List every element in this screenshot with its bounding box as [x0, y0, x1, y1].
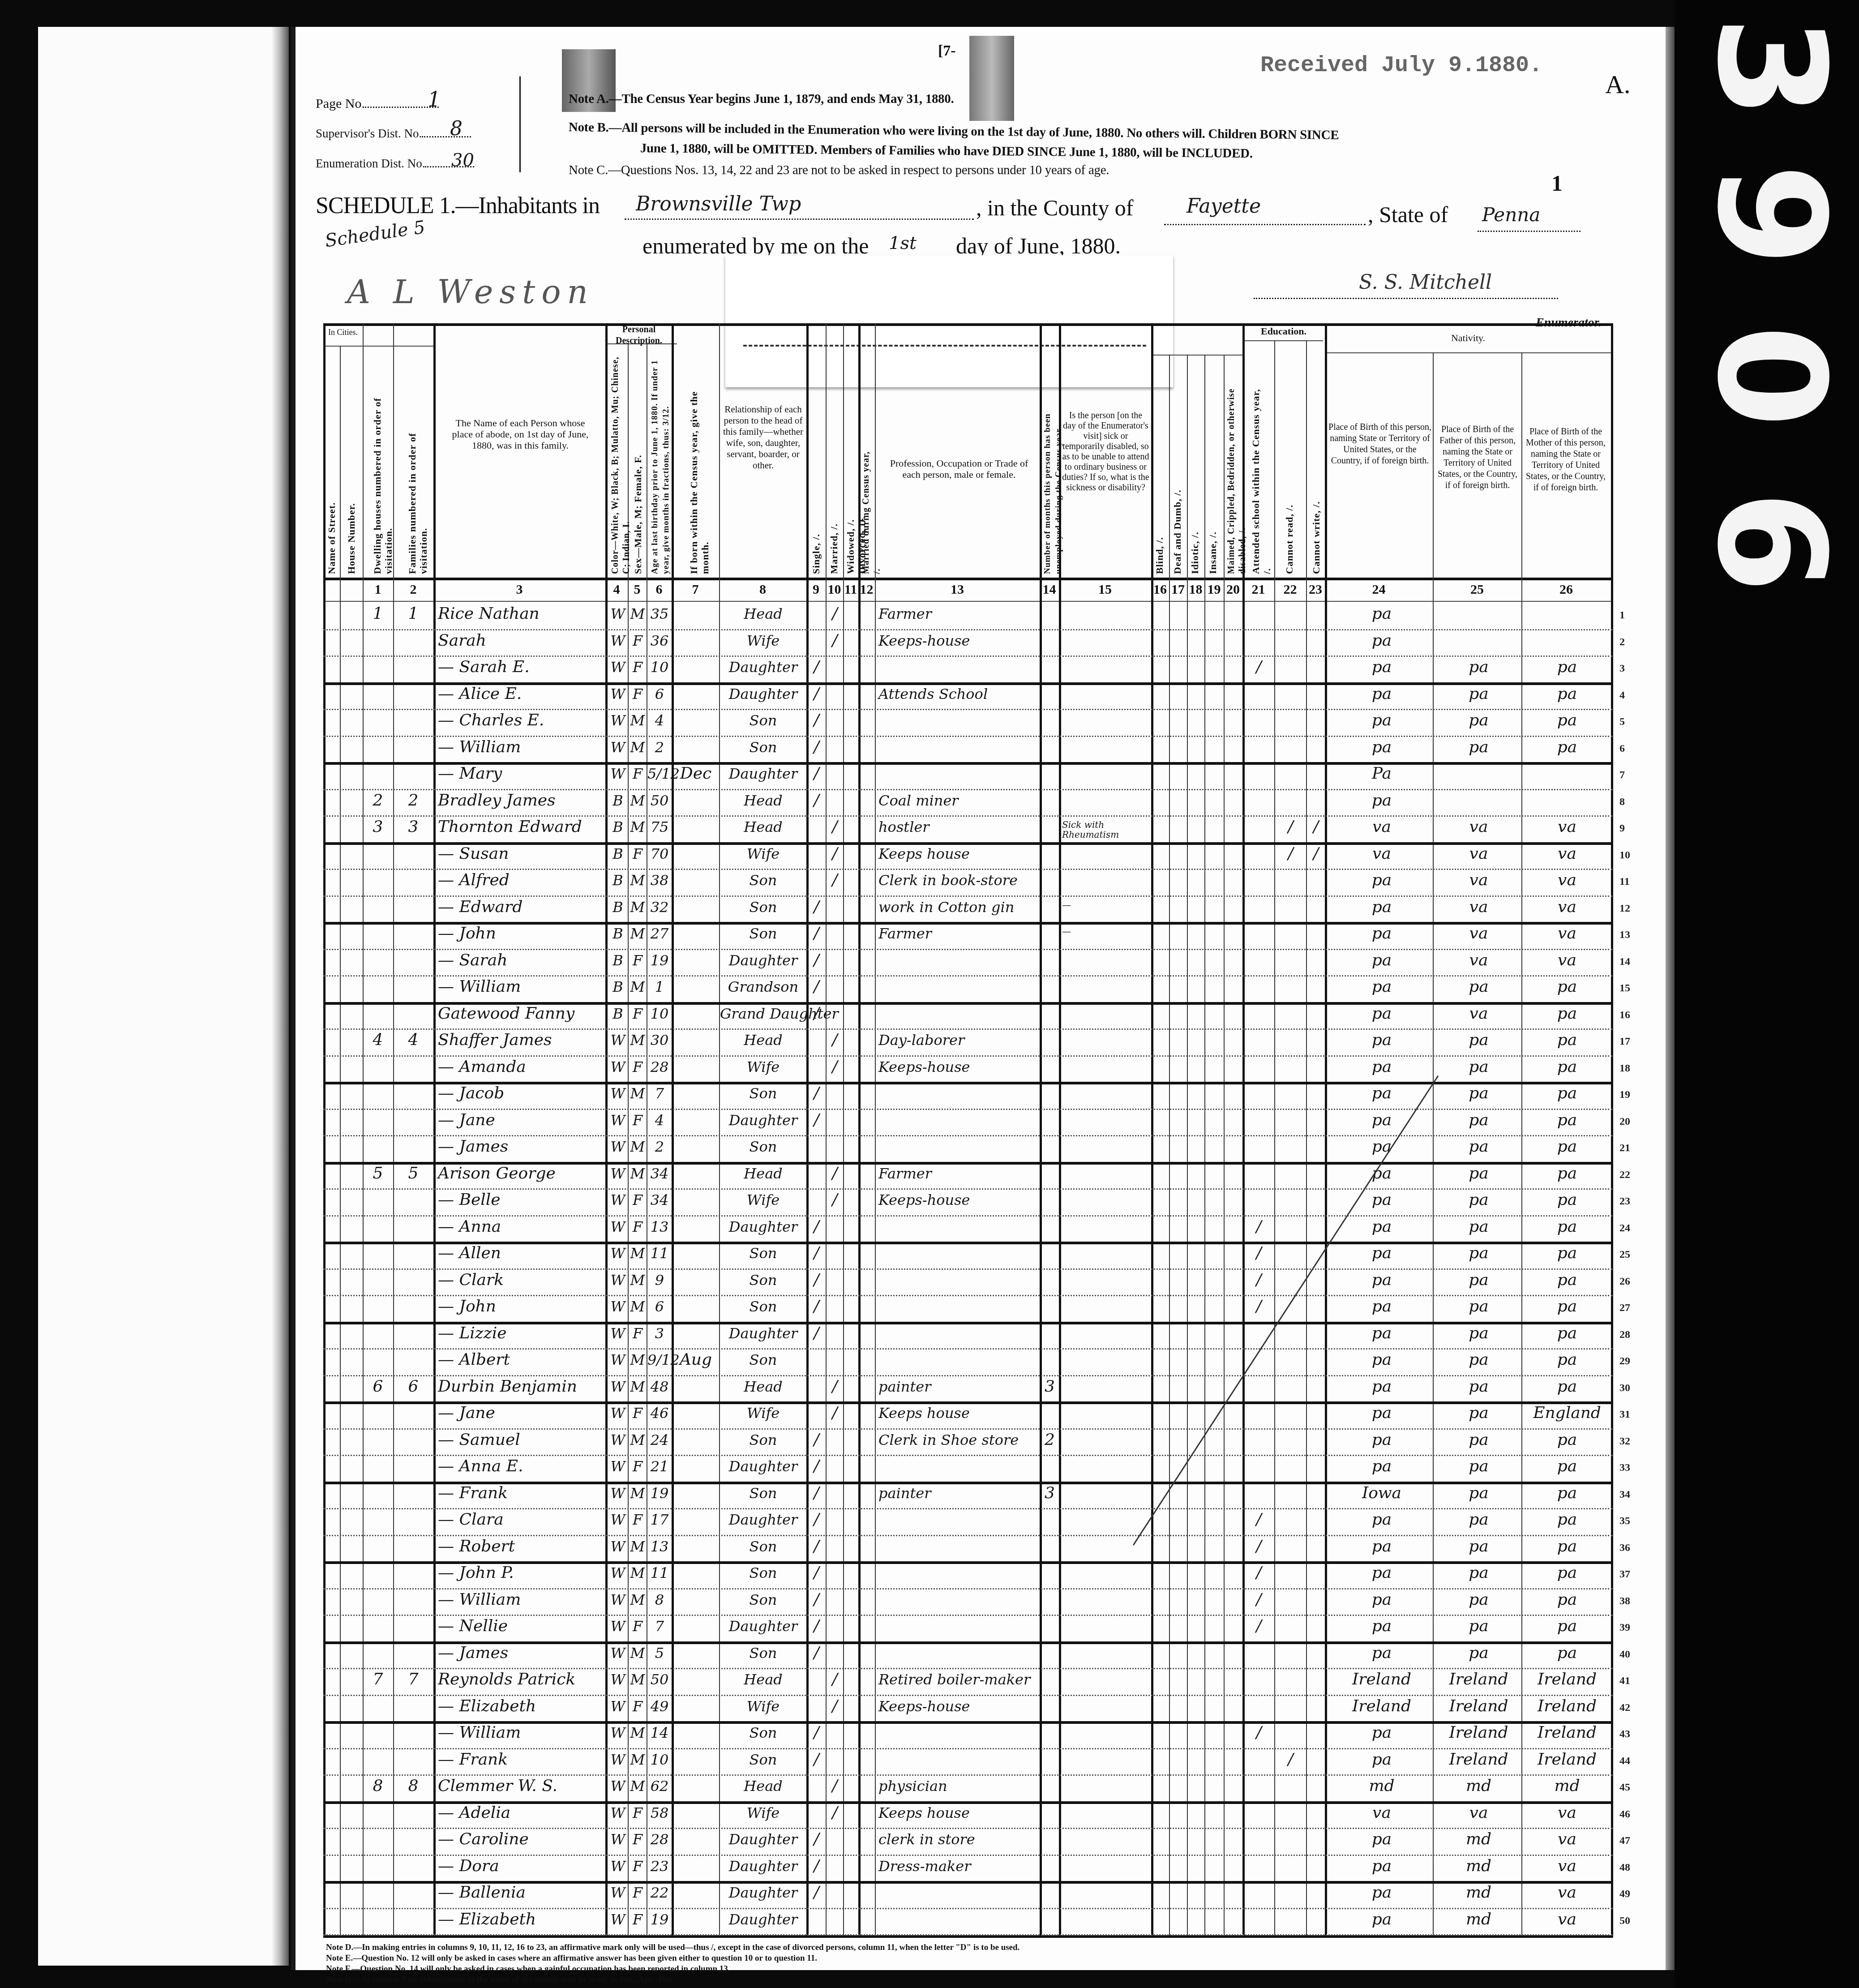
table-row: — LizzieWF3Daughter/papapa28: [323, 1323, 1613, 1350]
married-mark: /: [827, 1027, 843, 1054]
father-birthplace: pa: [1436, 1293, 1521, 1320]
single-mark: /: [807, 947, 826, 974]
person-name: — Ballenia: [438, 1879, 604, 1906]
col-idiotic: Idiotic, /.: [1189, 507, 1203, 574]
person-name: — Sarah E.: [438, 654, 604, 681]
mother-birthplace: pa: [1523, 1480, 1611, 1507]
line-number: 4: [1619, 690, 1625, 702]
age: 34: [647, 1187, 672, 1213]
line-number: 42: [1619, 1702, 1630, 1714]
color: W: [608, 1107, 628, 1134]
color: B: [608, 867, 628, 894]
sex: F: [629, 681, 647, 707]
line-number: 19: [1619, 1089, 1630, 1101]
mother-birthplace: pa: [1523, 1320, 1611, 1347]
form-code: [7-: [938, 43, 956, 60]
father-birthplace: md: [1436, 1906, 1521, 1933]
mother-birthplace: pa: [1523, 1640, 1611, 1667]
birthplace: pa: [1331, 920, 1433, 947]
table-row: — JamesWM2Sonpapapa21: [323, 1136, 1613, 1163]
mother-birthplace: va: [1523, 840, 1611, 867]
table-row: — AmandaWF28Wife/Keeps-housepapapa18: [323, 1056, 1613, 1083]
age: 11: [647, 1560, 672, 1586]
father-birthplace: pa: [1436, 1400, 1521, 1427]
line-number: 47: [1619, 1835, 1630, 1847]
birthplace: pa: [1331, 894, 1433, 921]
line-number: 13: [1619, 929, 1630, 941]
mother-birthplace: pa: [1523, 1453, 1611, 1480]
relationship: Wife: [720, 627, 806, 654]
table-row: — WilliamWM14Son//paIrelandIreland43: [323, 1722, 1613, 1749]
note-f: Note F.—Question No. 14 will only be ask…: [326, 1964, 1019, 1975]
cannot-read-mark: /: [1275, 1746, 1306, 1773]
col-family: Families numbered in order of visitation…: [407, 390, 420, 574]
table-row: — RobertWM13Son//papapa36: [323, 1536, 1613, 1563]
relationship: Son: [720, 734, 806, 761]
birthplace: pa: [1331, 1080, 1433, 1107]
mother-birthplace: pa: [1523, 1427, 1611, 1453]
table-row: 77Reynolds PatrickWM50Head/Retired boile…: [323, 1669, 1613, 1696]
line-number: 48: [1619, 1862, 1630, 1874]
mother-birthplace: pa: [1523, 1293, 1611, 1320]
sex: M: [629, 920, 647, 947]
color: W: [608, 1613, 628, 1640]
married-mark: /: [827, 1693, 843, 1720]
attended-school-mark: /: [1243, 654, 1274, 681]
color: B: [608, 1000, 628, 1027]
film-digit: 6: [1704, 486, 1838, 598]
cannot-read-mark: /: [1275, 814, 1306, 840]
line-number: 37: [1619, 1568, 1630, 1581]
father-birthplace: pa: [1436, 1453, 1521, 1480]
sex: F: [629, 1107, 647, 1134]
col-months-unemployed: Number of months this person has been un…: [1042, 408, 1058, 574]
page-no-label: Page No.: [316, 96, 439, 111]
occupation: Keeps-house: [878, 1054, 1040, 1080]
note-c: Note C.—Questions Nos. 13, 14, 22 and 23…: [569, 163, 1109, 178]
table-row: — FrankWM19Son/painter3Iowapapa34: [323, 1482, 1613, 1509]
birthplace: pa: [1331, 1187, 1433, 1213]
person-name: Arison George: [438, 1160, 604, 1187]
birthplace: pa: [1331, 1293, 1433, 1320]
birthplace: pa: [1331, 1160, 1433, 1187]
sex: M: [629, 600, 647, 627]
relationship: Daughter: [720, 1826, 806, 1853]
table-row: — BalleniaWF22Daughter/pamdva49: [323, 1882, 1613, 1909]
age: 4: [647, 1107, 672, 1134]
received-stamp: Received July 9.1880.: [1260, 53, 1542, 78]
color: B: [608, 787, 628, 814]
occupation: painter: [878, 1373, 1040, 1400]
sex: M: [629, 1719, 647, 1746]
mother-birthplace: va: [1523, 1853, 1611, 1880]
married-mark: /: [827, 627, 843, 654]
table-row: — WilliamBM1Grandson/papapa15: [323, 976, 1613, 1003]
line-number: 18: [1619, 1063, 1630, 1075]
table-row: — JamesWM5Son/papapa40: [323, 1642, 1613, 1669]
line-number: 12: [1619, 903, 1630, 915]
age: 70: [647, 840, 672, 867]
mother-birthplace: va: [1523, 1879, 1611, 1906]
color: W: [608, 654, 628, 681]
col-relationship: Relationship of each person to the head …: [722, 404, 805, 471]
birthplace: pa: [1331, 1346, 1433, 1373]
family-number: 5: [393, 1160, 433, 1187]
col-street: Name of Street.: [326, 449, 339, 574]
relationship: Daughter: [720, 1320, 806, 1347]
line-number: 23: [1619, 1195, 1630, 1208]
family-number: 6: [393, 1373, 433, 1400]
sex: M: [629, 1160, 647, 1187]
relationship: Daughter: [720, 1853, 806, 1880]
father-birthplace: pa: [1436, 1187, 1521, 1213]
sex: M: [629, 1666, 647, 1693]
table-row: 66Durbin BenjaminWM48Head/painter3papapa…: [323, 1376, 1613, 1403]
color: W: [608, 1666, 628, 1693]
line-number: 46: [1619, 1808, 1630, 1821]
person-name: — Nellie: [438, 1613, 604, 1640]
mother-birthplace: pa: [1523, 734, 1611, 761]
age: 2: [647, 734, 672, 761]
father-birthplace: pa: [1436, 1160, 1521, 1187]
father-birthplace: pa: [1436, 734, 1521, 761]
person-name: Durbin Benjamin: [438, 1373, 604, 1400]
relationship: Daughter: [720, 681, 806, 707]
single-mark: /: [807, 1000, 826, 1027]
father-birthplace: va: [1436, 814, 1521, 840]
microfilm-strip: 3 9 0 6: [1675, 0, 1859, 1988]
state-label: , State of: [1368, 201, 1448, 227]
table-row: — JaneWF4Daughter/papapa20: [323, 1110, 1613, 1136]
person-name: — John P.: [438, 1560, 604, 1586]
relationship: Son: [720, 1293, 806, 1320]
sex: M: [629, 1533, 647, 1560]
single-mark: /: [807, 1506, 826, 1533]
birthplace: pa: [1331, 1719, 1433, 1746]
age: 8: [647, 1586, 672, 1613]
attended-school-mark: /: [1243, 1586, 1274, 1613]
age: 19: [647, 1480, 672, 1507]
birthplace: md: [1331, 1773, 1433, 1799]
person-name: Thornton Edward: [438, 814, 604, 840]
table-row: — JaneWF46Wife/Keeps housepapaEngland31: [323, 1402, 1613, 1429]
line-number: 45: [1619, 1782, 1630, 1794]
age: 9/12: [647, 1346, 672, 1373]
color: W: [608, 1693, 628, 1720]
county-value: Fayette: [1187, 195, 1261, 218]
line-number: 26: [1619, 1276, 1630, 1288]
birthplace: pa: [1331, 1320, 1433, 1347]
age: 10: [647, 654, 672, 681]
line-number: 39: [1619, 1622, 1630, 1634]
group-in-cities: In Cities.: [323, 327, 363, 338]
color: W: [608, 1719, 628, 1746]
age: 10: [647, 1000, 672, 1027]
line-number: 22: [1619, 1169, 1630, 1181]
table-row: 11Rice NathanWM35Head/Farmerpa1: [323, 603, 1613, 630]
birthplace: Ireland: [1331, 1693, 1433, 1720]
sex: F: [629, 760, 647, 787]
line-number: 29: [1619, 1355, 1630, 1367]
line-number: 11: [1619, 876, 1630, 888]
father-birthplace: va: [1436, 1000, 1521, 1027]
line-number: 34: [1619, 1489, 1630, 1501]
mother-birthplace: pa: [1523, 1586, 1611, 1613]
family-number: 2: [393, 787, 433, 814]
age: 28: [647, 1826, 672, 1853]
line-number: 2: [1619, 636, 1625, 648]
sex: M: [629, 1027, 647, 1054]
single-mark: /: [807, 1080, 826, 1107]
birthplace: pa: [1331, 787, 1433, 814]
sex: M: [629, 1240, 647, 1267]
col-age: Age at last birthday prior to June 1, 18…: [649, 350, 671, 574]
person-name: — Elizabeth: [438, 1906, 604, 1933]
father-birthplace: pa: [1436, 1640, 1521, 1667]
color: W: [608, 1506, 628, 1533]
occupation: Keeps house: [878, 840, 1040, 867]
color: W: [608, 1853, 628, 1880]
sickness: —: [1062, 926, 1151, 936]
person-name: — Clark: [438, 1267, 604, 1294]
father-birthplace: md: [1436, 1773, 1521, 1799]
relationship: Son: [720, 1480, 806, 1507]
sex: F: [629, 1400, 647, 1427]
col-married-during-year: Married during Census year, /.: [861, 449, 873, 574]
mother-birthplace: pa: [1523, 707, 1611, 734]
relationship: Daughter: [720, 1613, 806, 1640]
cannot-write-mark: /: [1307, 814, 1325, 840]
sex: F: [629, 1613, 647, 1640]
age: 49: [647, 1693, 672, 1720]
sex: F: [629, 1826, 647, 1853]
line-number: 21: [1619, 1142, 1630, 1154]
mother-birthplace: pa: [1523, 1027, 1611, 1054]
person-name: — Charles E.: [438, 707, 604, 734]
supervisor-value: 8: [450, 117, 463, 140]
single-mark: /: [807, 1613, 826, 1640]
color: W: [608, 1240, 628, 1267]
occupation: Dress-maker: [878, 1853, 1040, 1880]
line-number: 6: [1619, 743, 1625, 755]
line-number: 20: [1619, 1116, 1630, 1128]
occupation: clerk in store: [878, 1826, 1040, 1853]
line-number: 49: [1619, 1888, 1630, 1900]
birthplace: pa: [1331, 600, 1433, 627]
relationship: Grand Daughter: [720, 1000, 806, 1027]
tape-mark: [969, 36, 1014, 121]
mother-birthplace: Ireland: [1523, 1719, 1611, 1746]
color: W: [608, 1826, 628, 1853]
line-number: 50: [1619, 1915, 1630, 1927]
birthplace: pa: [1331, 1560, 1433, 1586]
supervisor-label: Supervisor's Dist. No.: [316, 127, 471, 141]
line-number: 31: [1619, 1409, 1630, 1421]
person-name: — Edward: [438, 894, 604, 921]
birthplace: pa: [1331, 1879, 1433, 1906]
color: W: [608, 1027, 628, 1054]
relationship: Grandson: [720, 973, 806, 1000]
relationship: Wife: [720, 1799, 806, 1826]
relationship: Daughter: [720, 1506, 806, 1533]
relationship: Son: [720, 1427, 806, 1453]
person-name: — Jane: [438, 1107, 604, 1134]
table-row: — SamuelWM24Son/Clerk in Shoe store2papa…: [323, 1429, 1613, 1456]
color: W: [608, 1879, 628, 1906]
person-name: — Adelia: [438, 1799, 604, 1826]
color: W: [608, 1906, 628, 1933]
table-row: — WilliamWM8Son//papapa38: [323, 1589, 1613, 1616]
sex: M: [629, 1480, 647, 1507]
line-number: 41: [1619, 1675, 1630, 1687]
married-mark: /: [827, 1400, 843, 1427]
table-row: 22Bradley JamesBM50Head/Coal minerpa8: [323, 790, 1613, 817]
margin-name: A L Weston: [347, 273, 594, 311]
color: B: [608, 920, 628, 947]
person-name: — Allen: [438, 1240, 604, 1267]
relationship: Wife: [720, 1187, 806, 1213]
mother-birthplace: pa: [1523, 1187, 1611, 1213]
birthplace: pa: [1331, 1640, 1433, 1667]
sex: M: [629, 973, 647, 1000]
color: B: [608, 973, 628, 1000]
person-name: — James: [438, 1133, 604, 1160]
father-birthplace: Ireland: [1436, 1693, 1521, 1720]
age: 10: [647, 1746, 672, 1773]
age: 17: [647, 1506, 672, 1533]
relationship: Head: [720, 1160, 806, 1187]
mother-birthplace: Ireland: [1523, 1746, 1611, 1773]
color: W: [608, 1346, 628, 1373]
single-mark: /: [807, 654, 826, 681]
person-name: — Mary: [438, 760, 604, 787]
col-widowed: Widowed, /. Divorced, D.: [845, 476, 857, 574]
months-unemployed: 3: [1041, 1373, 1059, 1400]
single-mark: /: [807, 1560, 826, 1586]
person-name: — Dora: [438, 1853, 604, 1880]
birthplace: Ireland: [1331, 1666, 1433, 1693]
table-row: — ElizabethWF49Wife/Keeps-houseIrelandIr…: [323, 1696, 1613, 1722]
sex: M: [629, 1133, 647, 1160]
sex: M: [629, 1080, 647, 1107]
mother-birthplace: pa: [1523, 1000, 1611, 1027]
relationship: Head: [720, 1027, 806, 1054]
age: 1: [647, 973, 672, 1000]
line-number: 15: [1619, 982, 1630, 994]
birthplace: va: [1331, 840, 1433, 867]
birthplace: pa: [1331, 1133, 1433, 1160]
relationship: Head: [720, 1666, 806, 1693]
person-name: — Alice E.: [438, 681, 604, 707]
page-no-value: 1: [428, 87, 441, 111]
line-number: 5: [1619, 716, 1625, 728]
father-birthplace: Ireland: [1436, 1719, 1521, 1746]
table-row: — John P.WM11Son//papapa37: [323, 1562, 1613, 1589]
sex: M: [629, 894, 647, 921]
age: 2: [647, 1133, 672, 1160]
brace: [519, 76, 521, 172]
dwelling-number: 6: [363, 1373, 393, 1400]
person-name: — Jacob: [438, 1080, 604, 1107]
father-birthplace: pa: [1436, 1560, 1521, 1586]
color: W: [608, 1773, 628, 1799]
occupation: Keeps house: [878, 1400, 1040, 1427]
schedule-label: SCHEDULE 1.—Inhabitants in: [316, 193, 600, 219]
father-birthplace: va: [1436, 1799, 1521, 1826]
age: 5/12: [647, 760, 672, 787]
sex: F: [629, 1213, 647, 1240]
relationship: Head: [720, 600, 806, 627]
color: W: [608, 1133, 628, 1160]
person-name: — Alfred: [438, 867, 604, 894]
person-name: — Caroline: [438, 1826, 604, 1853]
mother-birthplace: pa: [1523, 1240, 1611, 1267]
person-name: — Anna: [438, 1213, 604, 1240]
sex: F: [629, 1000, 647, 1027]
birthplace: pa: [1331, 734, 1433, 761]
birth-month: Dec: [672, 760, 719, 787]
father-birthplace: pa: [1436, 681, 1521, 707]
married-mark: /: [827, 1187, 843, 1213]
single-mark: /: [807, 894, 826, 921]
color: W: [608, 1560, 628, 1586]
line-number: 3: [1619, 663, 1625, 675]
cannot-read-mark: /: [1275, 840, 1306, 867]
person-name: — Anna E.: [438, 1453, 604, 1480]
relationship: Daughter: [720, 1107, 806, 1134]
single-mark: /: [807, 1533, 826, 1560]
color: B: [608, 947, 628, 974]
sex: M: [629, 1293, 647, 1320]
father-birthplace: pa: [1436, 1533, 1521, 1560]
father-birthplace: pa: [1436, 1240, 1521, 1267]
age: 34: [647, 1160, 672, 1187]
person-name: — Lizzie: [438, 1320, 604, 1347]
relationship: Head: [720, 1773, 806, 1799]
birthplace: pa: [1331, 1240, 1433, 1267]
relationship: Son: [720, 894, 806, 921]
col-deaf-dumb: Deaf and Dumb, /.: [1172, 467, 1185, 574]
line-number: 17: [1619, 1036, 1630, 1048]
sex: M: [629, 1373, 647, 1400]
person-name: — James: [438, 1640, 604, 1667]
relationship: Son: [720, 1080, 806, 1107]
age: 21: [647, 1453, 672, 1480]
dwelling-number: 8: [363, 1773, 393, 1799]
mother-birthplace: pa: [1523, 1160, 1611, 1187]
age: 36: [647, 627, 672, 654]
color: W: [608, 1267, 628, 1294]
age: 58: [647, 1799, 672, 1826]
birthplace: pa: [1331, 1427, 1433, 1453]
mother-birthplace: pa: [1523, 1533, 1611, 1560]
table-row: — ClaraWF17Daughter//papapa35: [323, 1509, 1613, 1536]
age: 19: [647, 1906, 672, 1933]
mother-birthplace: va: [1523, 814, 1611, 840]
color: W: [608, 1453, 628, 1480]
relationship: Wife: [720, 1693, 806, 1720]
line-number: 7: [1619, 769, 1625, 781]
father-birthplace: pa: [1436, 973, 1521, 1000]
col-house-number: House Number.: [346, 471, 359, 574]
relationship: Son: [720, 1586, 806, 1613]
color: W: [608, 1640, 628, 1667]
sex: F: [629, 947, 647, 974]
mother-birthplace: Ireland: [1523, 1693, 1611, 1720]
mother-birthplace: pa: [1523, 1133, 1611, 1160]
sex: M: [629, 1640, 647, 1667]
family-number: 4: [393, 1027, 433, 1054]
